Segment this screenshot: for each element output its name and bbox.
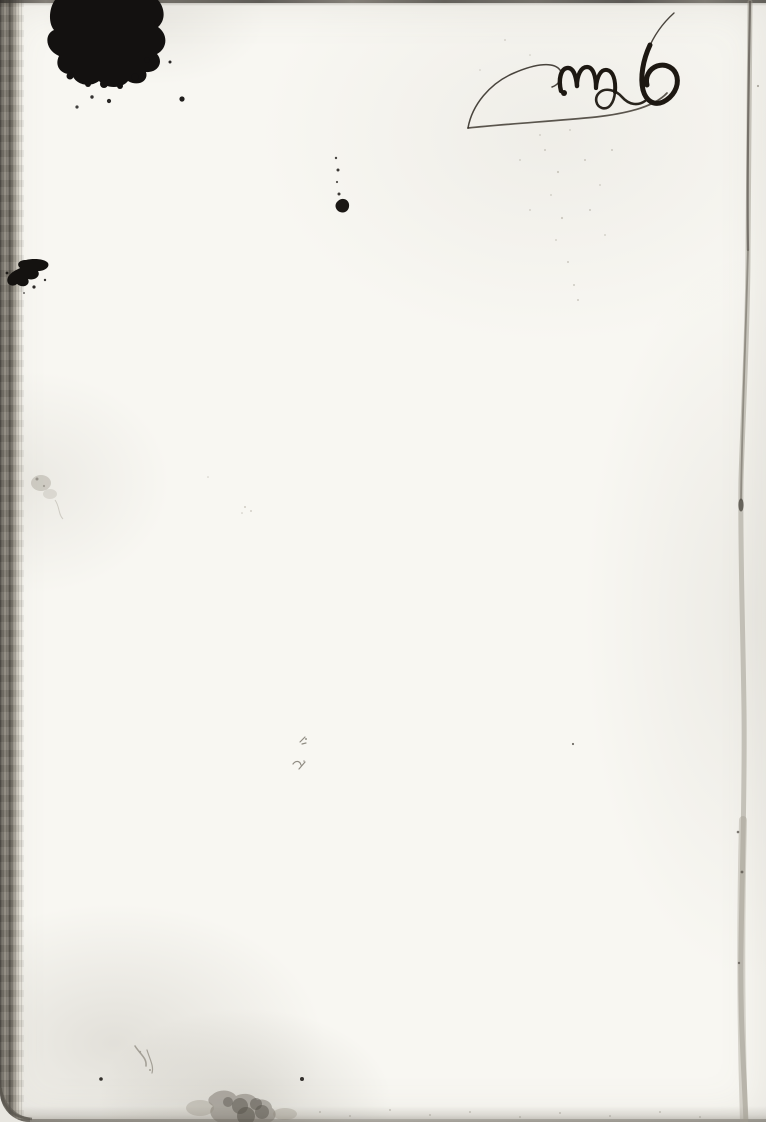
faint-speckles [479,39,613,301]
scanned-book-page [0,0,766,1122]
left-margin-smudge [31,475,63,519]
bottom-scratch-marks [135,1046,153,1073]
ink-blot-top-left [47,0,184,109]
scan-marks-layer [0,0,766,1122]
ink-speck-trail [335,157,349,213]
tiny-marks-center [207,476,574,769]
bottom-left-corner-edge [0,1075,32,1122]
page-right-edge [737,2,759,1122]
ink-blot-left-margin [6,259,49,294]
bottom-smudge [99,1077,701,1122]
handwritten-inscription [468,13,677,128]
